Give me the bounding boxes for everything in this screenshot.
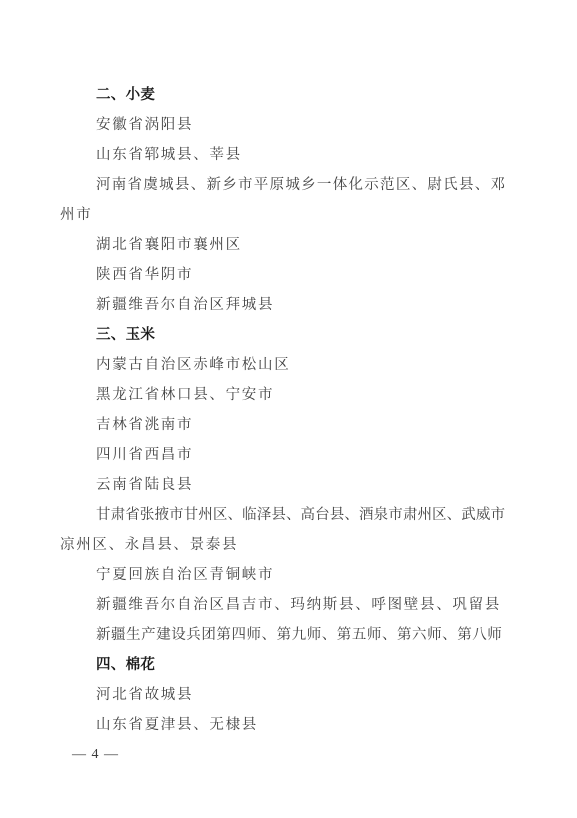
region-entry-line: 河南省虞城县、新乡市平原城乡一体化示范区、尉氏县、邓 <box>60 170 505 200</box>
region-entry-line: 新疆生产建设兵团第四师、第九师、第五师、第六师、第八师 <box>60 620 505 650</box>
region-entry-line: 内蒙古自治区赤峰市松山区 <box>60 350 505 380</box>
region-entry-line: 甘肃省张掖市甘州区、临泽县、高台县、酒泉市肃州区、武威市 <box>60 500 505 530</box>
region-entry-line: 吉林省洮南市 <box>60 410 505 440</box>
region-entry-line: 河北省故城县 <box>60 680 505 710</box>
region-entry-line-continuation: 州市 <box>60 200 505 230</box>
region-entry-line: 四川省西昌市 <box>60 440 505 470</box>
page-number: — 4 — <box>60 740 505 770</box>
region-entry-line: 新疆维吾尔自治区拜城县 <box>60 290 505 320</box>
document-body: 二、小麦 安徽省涡阳县 山东省郓城县、莘县 河南省虞城县、新乡市平原城乡一体化示… <box>60 80 505 770</box>
region-entry-line: 湖北省襄阳市襄州区 <box>60 230 505 260</box>
section-heading-wheat: 二、小麦 <box>60 80 505 110</box>
region-entry-line: 山东省夏津县、无棣县 <box>60 710 505 740</box>
region-entry-line: 安徽省涡阳县 <box>60 110 505 140</box>
region-entry-line: 新疆维吾尔自治区昌吉市、玛纳斯县、呼图壁县、巩留县 <box>60 590 505 620</box>
region-entry-line-continuation: 凉州区、永昌县、景泰县 <box>60 530 505 560</box>
document-page: 二、小麦 安徽省涡阳县 山东省郓城县、莘县 河南省虞城县、新乡市平原城乡一体化示… <box>0 0 577 818</box>
region-entry-line: 黑龙江省林口县、宁安市 <box>60 380 505 410</box>
region-entry-line: 宁夏回族自治区青铜峡市 <box>60 560 505 590</box>
region-entry-line: 陕西省华阴市 <box>60 260 505 290</box>
section-heading-corn: 三、玉米 <box>60 320 505 350</box>
section-heading-cotton: 四、棉花 <box>60 650 505 680</box>
region-entry-line: 山东省郓城县、莘县 <box>60 140 505 170</box>
region-entry-line: 云南省陆良县 <box>60 470 505 500</box>
